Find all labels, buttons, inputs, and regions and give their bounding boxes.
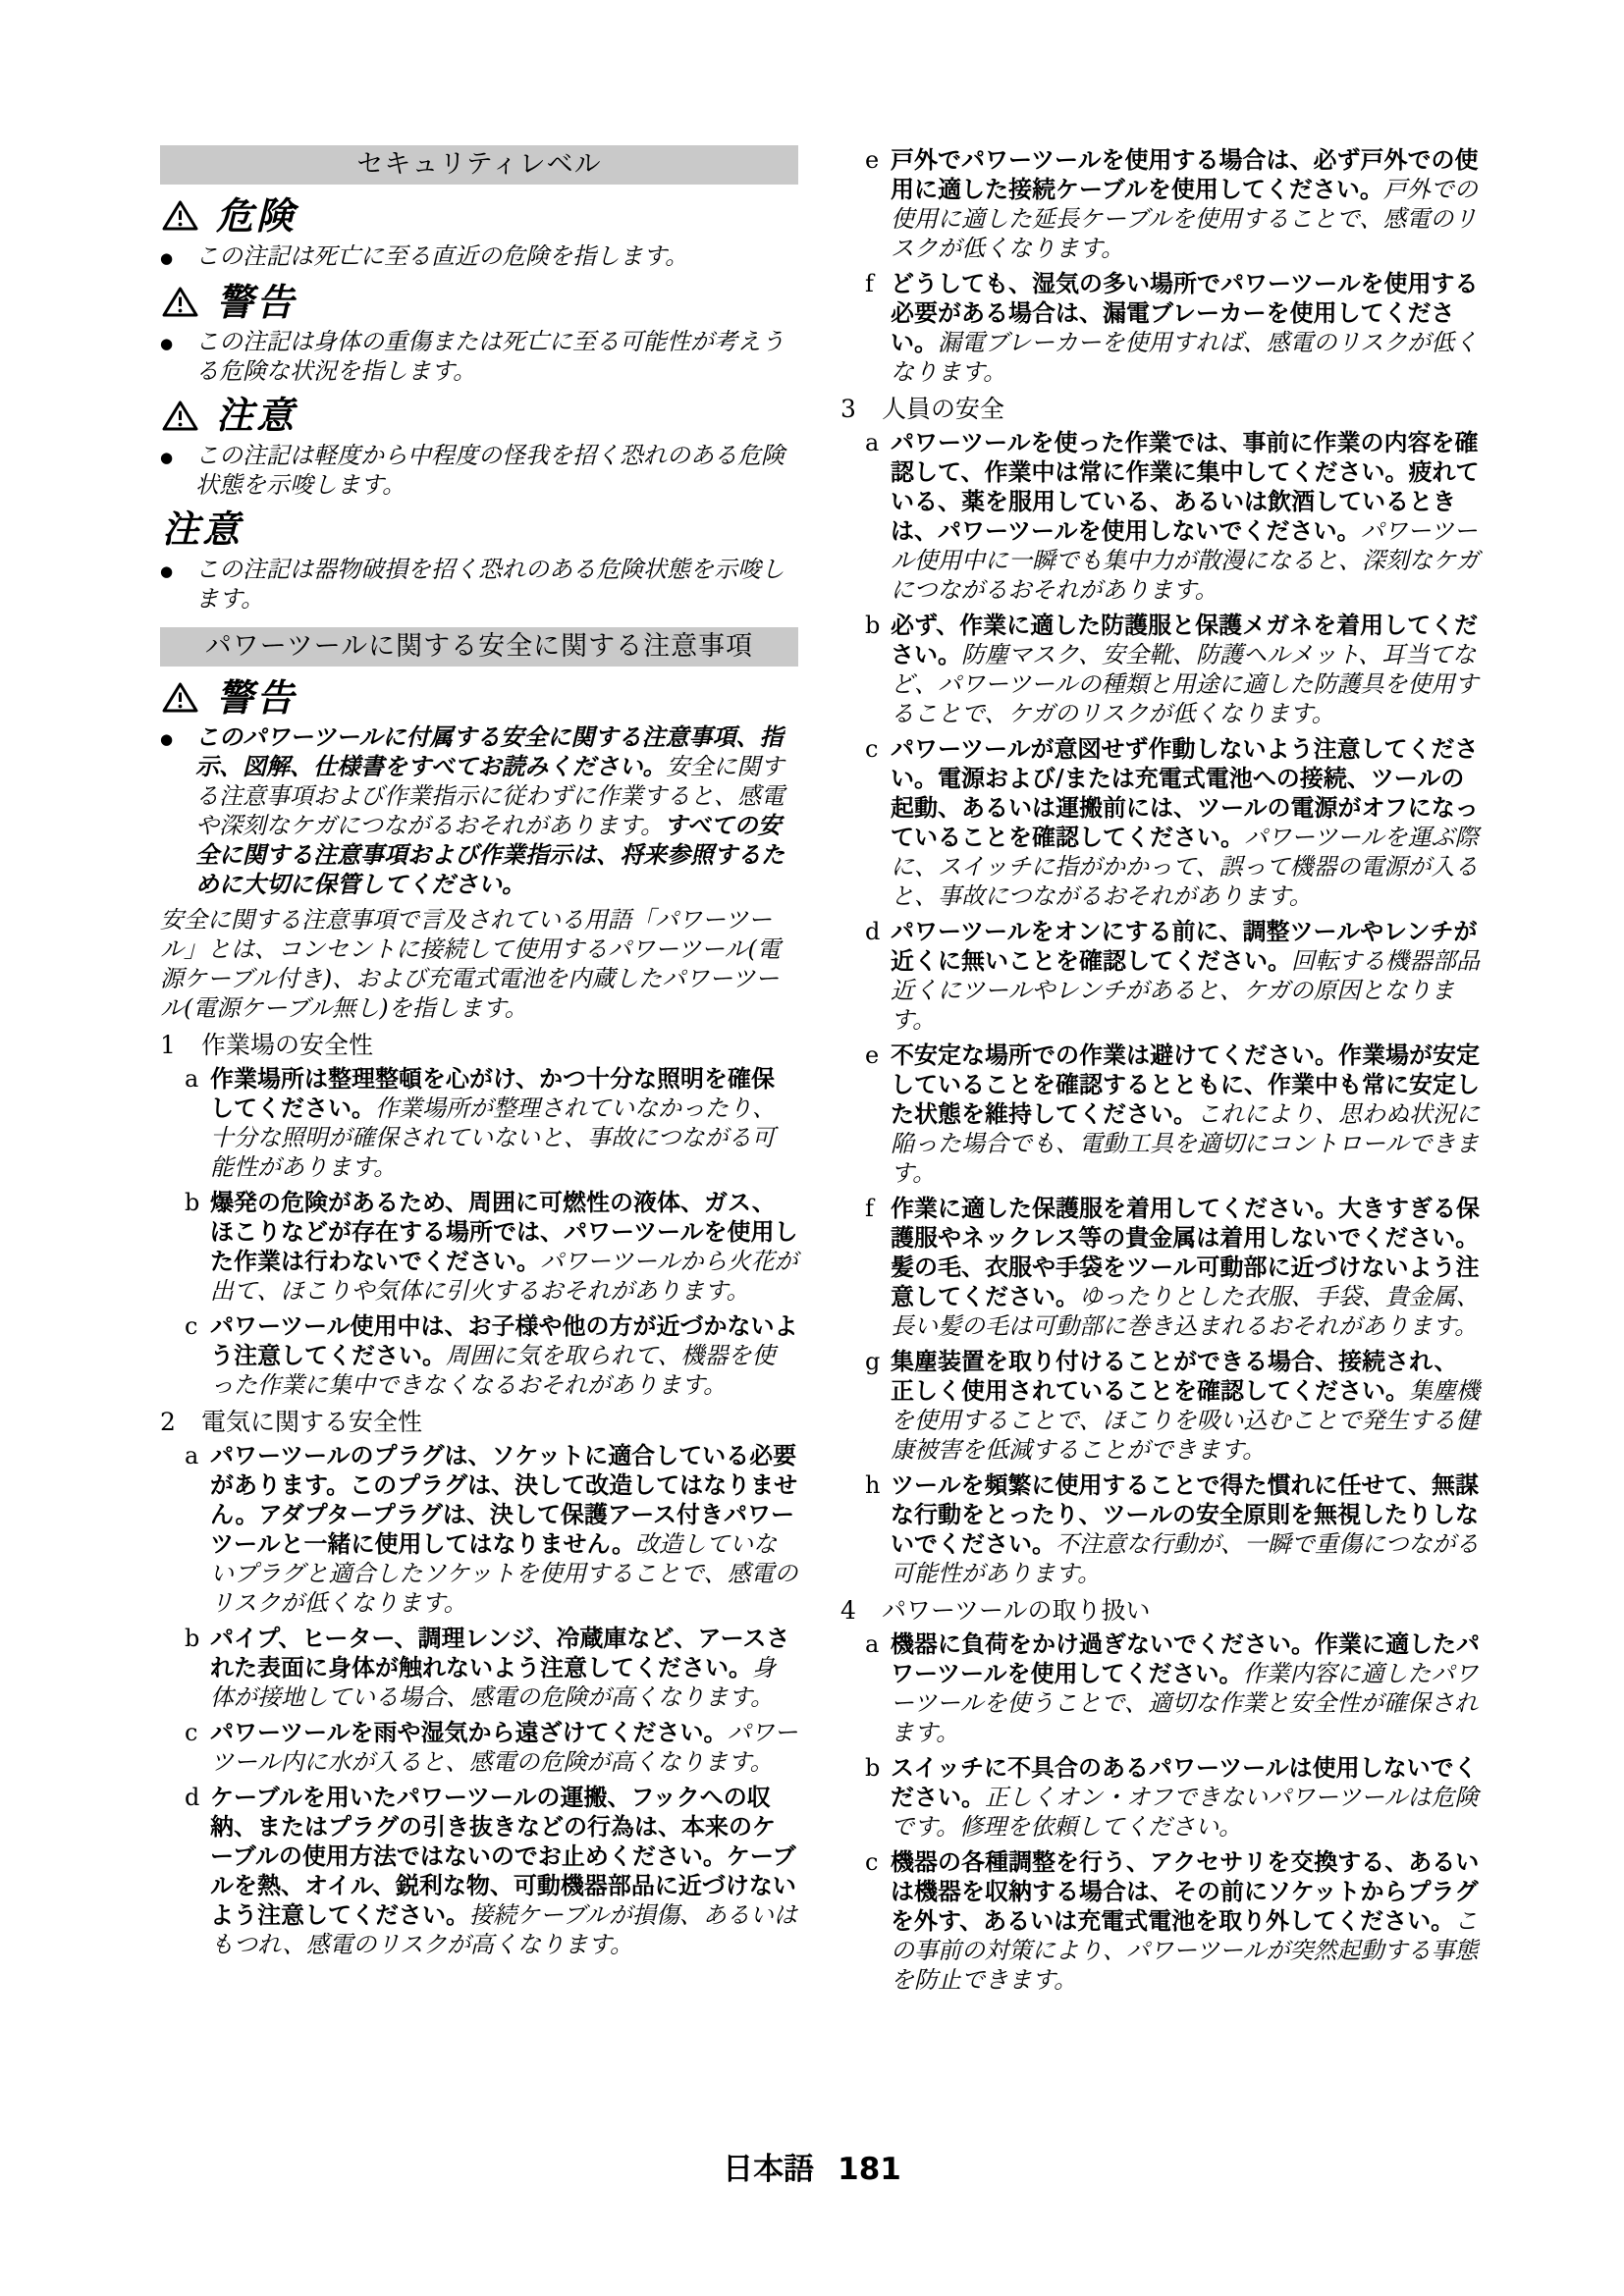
list-item: b パイプ、ヒーター、調理レンジ、冷蔵庫など、アースされた表面に身体が触れないよ… [160, 1624, 798, 1712]
general-warning-text: このパワーツールに付属する安全に関する注意事項、指示、図解、仕様書をすべてお読み… [195, 722, 798, 899]
danger-heading: 危険 [162, 194, 798, 238]
term-note: 安全に関する注意事項で言及されている用語「パワーツール」とは、コンセントに接続し… [160, 905, 798, 1023]
directive-text: 機器の各種調整を行う、アクセサリを交換する、あるいは機器を収納する場合は、その前… [891, 1847, 1479, 1935]
caution-heading: 注意 [162, 394, 798, 437]
section-number: 4 [840, 1594, 882, 1627]
list-item-text: パワーツール使用中は、お子様や他の方が近づかないよう注意してください。周囲に気を… [210, 1311, 798, 1400]
list-item-letter: f [865, 1194, 891, 1341]
list-item-text: 作業に適した保護服を着用してください。大きすぎる保護服やネックレス等の貴金属は着… [891, 1194, 1481, 1341]
list-item-letter: a [185, 1441, 210, 1618]
notice-title: 注意 [162, 507, 243, 551]
footer-language: 日本語 [723, 2152, 814, 2187]
bullet-icon: ● [160, 555, 195, 614]
left-column: セキュリティレベル 危険 ● この注記は死亡に至る直近の危険を指します。 警告 [160, 145, 798, 1965]
section-title: 作業場の安全性 [201, 1029, 373, 1061]
section-header-label: パワーツールに関する安全に関する注意事項 [205, 631, 753, 662]
section-title: 電気に関する安全性 [201, 1406, 422, 1438]
list-item: d ケーブルを用いたパワーツールの運搬、フックへの収納、またはプラグの引き抜きな… [160, 1783, 798, 1959]
list-item: b 必ず、作業に適した防護服と保護メガネを着用してください。防塵マスク、安全靴、… [840, 611, 1481, 728]
manual-page: セキュリティレベル 危険 ● この注記は死亡に至る直近の危険を指します。 警告 [0, 0, 1624, 2296]
list-item: f 作業に適した保護服を着用してください。大きすぎる保護服やネックレス等の貴金属… [840, 1194, 1481, 1341]
list-item: h ツールを頻繁に使用することで得た慣れに任せて、無謀な行動をとったり、ツールの… [840, 1470, 1481, 1588]
right-column: e 戸外でパワーツールを使用する場合は、必ず戸外での使用に適した接続ケーブルを使… [840, 145, 1481, 2001]
list-item-letter: a [865, 1629, 891, 1747]
list-item-letter: f [865, 269, 891, 387]
warning-heading: 警告 [162, 281, 798, 324]
section-title: パワーツールの取り扱い [882, 1594, 1151, 1627]
list-item-letter: b [865, 611, 891, 728]
list-item-letter: h [865, 1470, 891, 1588]
warning-description: この注記は身体の重傷または死亡に至る可能性が考えうる危険な状況を指します。 [195, 327, 798, 386]
section-header-security-level: セキュリティレベル [160, 145, 798, 185]
list-item: c パワーツールが意図せず作動しないよう注意してください。電源および/または充電… [840, 734, 1481, 911]
list-item: e 戸外でパワーツールを使用する場合は、必ず戸外での使用に適した接続ケーブルを使… [840, 145, 1481, 263]
list-item-letter: e [865, 145, 891, 263]
bullet-icon: ● [160, 327, 195, 386]
notice-description-row: ● この注記は器物破損を招く恐れのある危険状態を示唆します。 [160, 555, 798, 614]
general-warning-row: ● このパワーツールに付属する安全に関する注意事項、指示、図解、仕様書をすべてお… [160, 722, 798, 899]
list-item-text: 爆発の危険があるため、周囲に可燃性の液体、ガス、ほこりなどが存在する場所では、パ… [210, 1188, 798, 1306]
list-item-letter: d [865, 917, 891, 1035]
list-item: d パワーツールをオンにする前に、調整ツールやレンチが近くに無いことを確認してく… [840, 917, 1481, 1035]
directive-text: パワーツールを雨や湿気から遠ざけてください。 [210, 1718, 728, 1746]
warning-triangle-icon [162, 199, 198, 232]
notice-description: この注記は器物破損を招く恐れのある危険状態を示唆します。 [195, 555, 798, 614]
list-item: a パワーツールのプラグは、ソケットに適合している必要があります。このプラグは、… [160, 1441, 798, 1618]
list-item-text: ケーブルを用いたパワーツールの運搬、フックへの収納、またはプラグの引き抜きなどの… [210, 1783, 798, 1959]
list-item-text: パワーツールのプラグは、ソケットに適合している必要があります。このプラグは、決し… [210, 1441, 798, 1618]
list-item-text: スイッチに不具合のあるパワーツールは使用しないでください。正しくオン・オフできな… [891, 1753, 1481, 1842]
list-item: b スイッチに不具合のあるパワーツールは使用しないでください。正しくオン・オフで… [840, 1753, 1481, 1842]
list-item: g 集塵装置を取り付けることができる場合、接続され、正しく使用されていることを確… [840, 1347, 1481, 1465]
warning-title: 警告 [216, 281, 297, 324]
bullet-icon: ● [160, 441, 195, 500]
directive-text: パイプ、ヒーター、調理レンジ、冷蔵庫など、アースされた表面に身体が触れないよう注… [210, 1624, 789, 1682]
list-item-text: 機器の各種調整を行う、アクセサリを交換する、あるいは機器を収納する場合は、その前… [891, 1847, 1481, 1995]
list-item-text: 集塵装置を取り付けることができる場合、接続され、正しく使用されていることを確認し… [891, 1347, 1481, 1465]
list-item: b 爆発の危険があるため、周囲に可燃性の液体、ガス、ほこりなどが存在する場所では… [160, 1188, 798, 1306]
list-item: a 作業場所は整理整頓を心がけ、かつ十分な照明を確保してください。作業場所が整理… [160, 1064, 798, 1182]
list-item-letter: b [185, 1188, 210, 1306]
warning-triangle-icon [162, 286, 198, 318]
section-1-heading: 1 作業場の安全性 [160, 1029, 798, 1061]
list-item-text: パワーツールを使った作業では、事前に作業の内容を確認して、作業中は常に作業に集中… [891, 428, 1481, 605]
list-item-text: どうしても、湿気の多い場所でパワーツールを使用する必要がある場合は、漏電ブレーカ… [891, 269, 1481, 387]
list-item-letter: c [865, 734, 891, 911]
list-item-letter: c [865, 1847, 891, 1995]
list-item-text: 不安定な場所での作業は避けてください。作業場が安定していることを確認するとともに… [891, 1041, 1481, 1188]
list-item-letter: g [865, 1347, 891, 1465]
section-number: 2 [160, 1406, 201, 1438]
caution-title: 注意 [216, 394, 297, 437]
warning-description-row: ● この注記は身体の重傷または死亡に至る可能性が考えうる危険な状況を指します。 [160, 327, 798, 386]
list-item-letter: c [185, 1718, 210, 1777]
list-item: c 機器の各種調整を行う、アクセサリを交換する、あるいは機器を収納する場合は、そ… [840, 1847, 1481, 1995]
list-item: a パワーツールを使った作業では、事前に作業の内容を確認して、作業中は常に作業に… [840, 428, 1481, 605]
list-item-text: 機器に負荷をかけ過ぎないでください。作業に適したパワーツールを使用してください。… [891, 1629, 1481, 1747]
bullet-icon: ● [160, 722, 195, 899]
danger-title: 危険 [216, 194, 297, 238]
section-number: 1 [160, 1029, 201, 1061]
danger-description-row: ● この注記は死亡に至る直近の危険を指します。 [160, 241, 798, 273]
list-item: c パワーツールを雨や湿気から遠ざけてください。パワーツール内に水が入ると、感電… [160, 1718, 798, 1777]
general-warning-heading: 警告 [162, 676, 798, 720]
list-item-letter: d [185, 1783, 210, 1959]
list-item-text: 作業場所は整理整頓を心がけ、かつ十分な照明を確保してください。作業場所が整理され… [210, 1064, 798, 1182]
list-item-letter: e [865, 1041, 891, 1188]
list-item-letter: a [865, 428, 891, 605]
caution-description: この注記は軽度から中程度の怪我を招く恐れのある危険状態を示唆します。 [195, 441, 798, 500]
list-item-text: パイプ、ヒーター、調理レンジ、冷蔵庫など、アースされた表面に身体が触れないよう注… [210, 1624, 798, 1712]
page-footer: 日本語181 [0, 2144, 1624, 2188]
general-warning-title: 警告 [216, 676, 297, 720]
list-item-text: パワーツールをオンにする前に、調整ツールやレンチが近くに無いことを確認してくださ… [891, 917, 1481, 1035]
directive-text: 集塵装置を取り付けることができる場合、接続され、正しく使用されていることを確認し… [891, 1347, 1457, 1405]
section-header-label: セキュリティレベル [356, 149, 601, 180]
list-item-text: ツールを頻繁に使用することで得た慣れに任せて、無謀な行動をとったり、ツールの安全… [891, 1470, 1481, 1588]
list-item-text: 必ず、作業に適した防護服と保護メガネを着用してください。防塵マスク、安全靴、防護… [891, 611, 1481, 728]
warning-triangle-icon [162, 400, 198, 432]
list-item: f どうしても、湿気の多い場所でパワーツールを使用する必要がある場合は、漏電ブレ… [840, 269, 1481, 387]
list-item: c パワーツール使用中は、お子様や他の方が近づかないよう注意してください。周囲に… [160, 1311, 798, 1400]
explanation-text: 防塵マスク、安全靴、防護ヘルメット、耳当てなど、パワーツールの種類と用途に適した… [891, 641, 1479, 727]
section-2-heading: 2 電気に関する安全性 [160, 1406, 798, 1438]
warning-triangle-icon [162, 681, 198, 714]
section-3-heading: 3 人員の安全 [840, 393, 1481, 425]
section-4-heading: 4 パワーツールの取り扱い [840, 1594, 1481, 1627]
danger-description: この注記は死亡に至る直近の危険を指します。 [195, 241, 798, 273]
list-item: a 機器に負荷をかけ過ぎないでください。作業に適したパワーツールを使用してくださ… [840, 1629, 1481, 1747]
list-item-letter: a [185, 1064, 210, 1182]
section-number: 3 [840, 393, 882, 425]
bullet-icon: ● [160, 241, 195, 273]
explanation-text: 漏電ブレーカーを使用すれば、感電のリスクが低くなります。 [891, 329, 1478, 386]
footer-page-number: 181 [838, 2152, 901, 2187]
list-item-text: パワーツールを雨や湿気から遠ざけてください。パワーツール内に水が入ると、感電の危… [210, 1718, 798, 1777]
list-item-letter: b [865, 1753, 891, 1842]
list-item-text: 戸外でパワーツールを使用する場合は、必ず戸外での使用に適した接続ケーブルを使用し… [891, 145, 1481, 263]
list-item: e 不安定な場所での作業は避けてください。作業場が安定していることを確認するとと… [840, 1041, 1481, 1188]
list-item-letter: b [185, 1624, 210, 1712]
list-item-letter: c [185, 1311, 210, 1400]
list-item-text: パワーツールが意図せず作動しないよう注意してください。電源および/または充電式電… [891, 734, 1481, 911]
section-header-power-tool-safety: パワーツールに関する安全に関する注意事項 [160, 627, 798, 667]
caution-description-row: ● この注記は軽度から中程度の怪我を招く恐れのある危険状態を示唆します。 [160, 441, 798, 500]
section-title: 人員の安全 [882, 393, 1004, 425]
notice-heading: 注意 [162, 507, 798, 551]
